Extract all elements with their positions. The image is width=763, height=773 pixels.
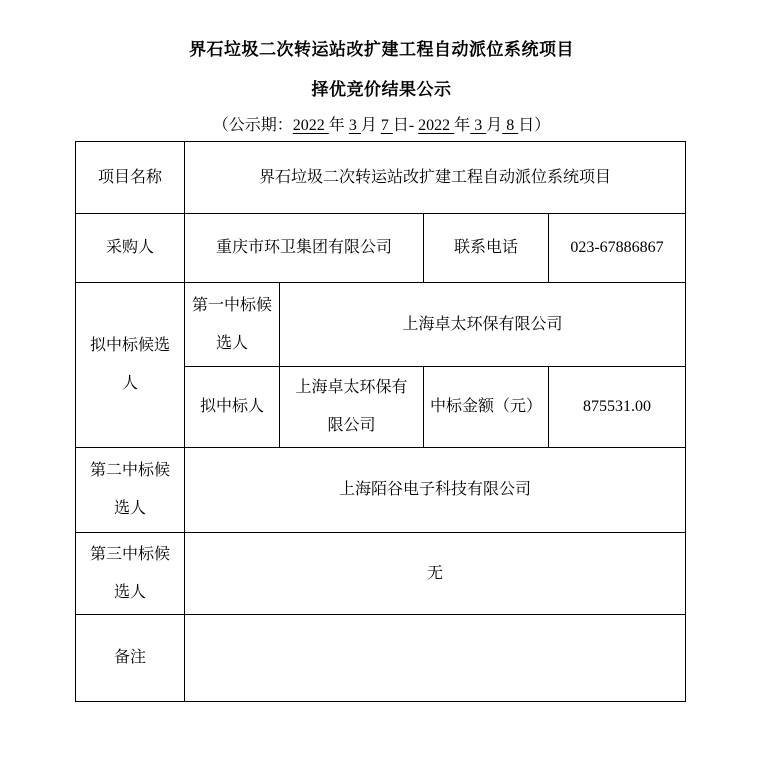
proposed-winner-value: 上海卓太环保有 限公司 [280,367,424,448]
announcement-page: 界石垃圾二次转运站改扩建工程自动派位系统项目 择优竞价结果公示 （公示期：202… [0,0,763,773]
bid-amount-label: 中标金额（元） [424,367,549,448]
table-row-second-candidate: 第二中标候 选人 上海陌谷电子科技有限公司 [76,448,686,533]
bid-result-table: 项目名称 界石垃圾二次转运站改扩建工程自动派位系统项目 采购人 重庆市环卫集团有… [75,141,686,702]
table-row-remarks: 备注 [76,615,686,702]
project-name-value: 界石垃圾二次转运站改扩建工程自动派位系统项目 [185,142,686,214]
table-row-first-candidate: 拟中标候选 人 第一中标候 选人 上海卓太环保有限公司 [76,283,686,367]
purchaser-value: 重庆市环卫集团有限公司 [185,214,424,283]
table-row-project-name: 项目名称 界石垃圾二次转运站改扩建工程自动派位系统项目 [76,142,686,214]
second-candidate-label: 第二中标候 选人 [76,448,185,533]
proposed-winner-label: 拟中标人 [185,367,280,448]
project-name-label: 项目名称 [76,142,185,214]
purchaser-label: 采购人 [76,214,185,283]
document-title-line1: 界石垃圾二次转运站改扩建工程自动派位系统项目 [0,40,763,60]
second-candidate-value: 上海陌谷电子科技有限公司 [185,448,686,533]
contact-phone-label: 联系电话 [424,214,549,283]
first-candidate-value: 上海卓太环保有限公司 [280,283,686,367]
third-candidate-label: 第三中标候 选人 [76,533,185,615]
bid-amount-value: 875531.00 [549,367,686,448]
remarks-label: 备注 [76,615,185,702]
table-row-purchaser: 采购人 重庆市环卫集团有限公司 联系电话 023-67886867 [76,214,686,283]
remarks-value [185,615,686,702]
table-row-third-candidate: 第三中标候 选人 无 [76,533,686,615]
publicity-period: （公示期：2022 年 3 月 7 日- 2022 年 3 月 8 日） [0,116,763,136]
first-candidate-label: 第一中标候 选人 [185,283,280,367]
document-title-line2: 择优竞价结果公示 [0,80,763,100]
contact-phone-value: 023-67886867 [549,214,686,283]
third-candidate-value: 无 [185,533,686,615]
candidate-group-label: 拟中标候选 人 [76,283,185,448]
